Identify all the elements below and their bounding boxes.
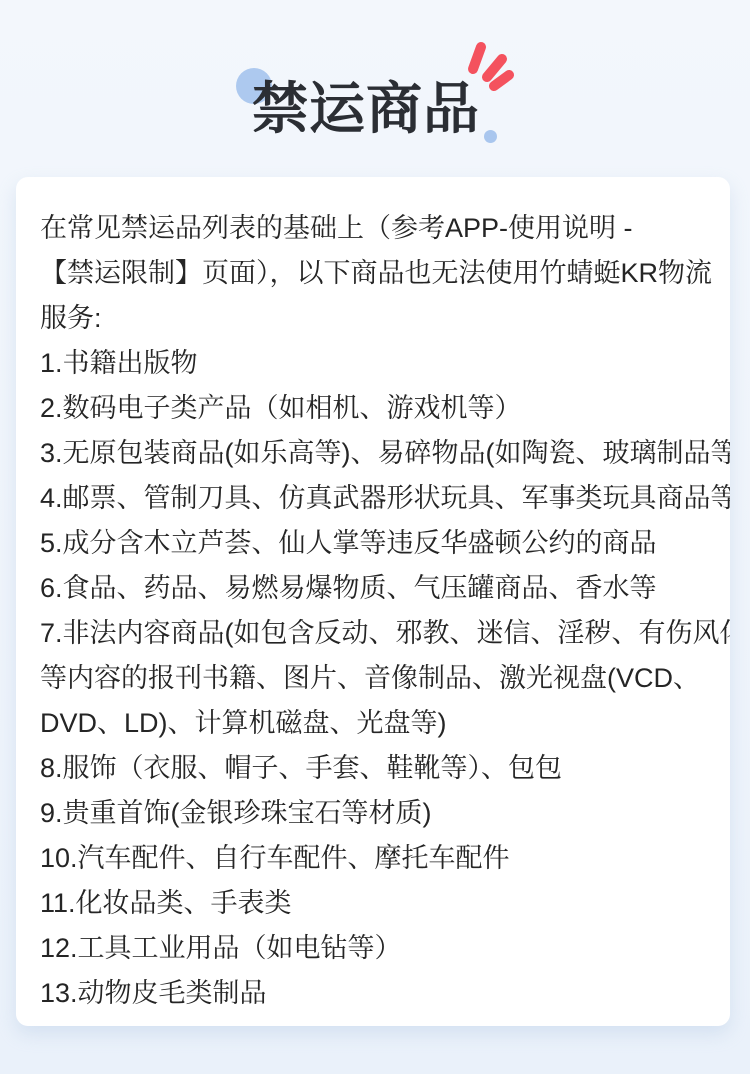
intro-paragraph: 在常见禁运品列表的基础上（参考APP-使用说明 - 【禁运限制】页面），以下商品… xyxy=(40,206,720,341)
prohibited-item: 2.数码电子类产品（如相机、游戏机等） xyxy=(40,386,720,431)
prohibited-item: 11.化妆品类、手表类 xyxy=(40,881,720,926)
prohibited-item: 5.成分含木立芦荟、仙人掌等违反华盛顿公约的商品 xyxy=(40,521,720,566)
prohibited-item: 13.动物皮毛类制品 xyxy=(40,971,720,1016)
prohibited-item: 10.汽车配件、自行车配件、摩托车配件 xyxy=(40,836,720,881)
prohibited-goods-page: 禁运商品 在常见禁运品列表的基础上（参考APP-使用说明 - 【禁运限制】页面）… xyxy=(0,0,750,1074)
prohibited-item: 4.邮票、管制刀具、仿真武器形状玩具、军事类玩具商品等 xyxy=(40,476,720,521)
prohibited-item: 3.无原包装商品(如乐高等)、易碎物品(如陶瓷、玻璃制品等) xyxy=(40,431,720,476)
prohibited-item: 12.工具工业用品（如电钻等） xyxy=(40,926,720,971)
dot-decoration-icon xyxy=(484,130,497,143)
content-card: 在常见禁运品列表的基础上（参考APP-使用说明 - 【禁运限制】页面），以下商品… xyxy=(16,177,730,1026)
page-header: 禁运商品 xyxy=(0,0,750,177)
page-title: 禁运商品 xyxy=(252,79,480,139)
prohibited-item: 8.服饰（衣服、帽子、手套、鞋靴等）、包包 xyxy=(40,746,720,791)
prohibited-item: 6.食品、药品、易燃易爆物质、气压罐商品、香水等 xyxy=(40,566,720,611)
prohibited-item: 7.非法内容商品(如包含反动、邪教、迷信、淫秽、有伤风化 等内容的报刊书籍、图片… xyxy=(40,611,720,746)
prohibited-item: 1.书籍出版物 xyxy=(40,341,720,386)
prohibited-item: 9.贵重首饰(金银珍珠宝石等材质) xyxy=(40,791,720,836)
prohibited-items-list: 1.书籍出版物 2.数码电子类产品（如相机、游戏机等） 3.无原包装商品(如乐高… xyxy=(40,341,720,1016)
